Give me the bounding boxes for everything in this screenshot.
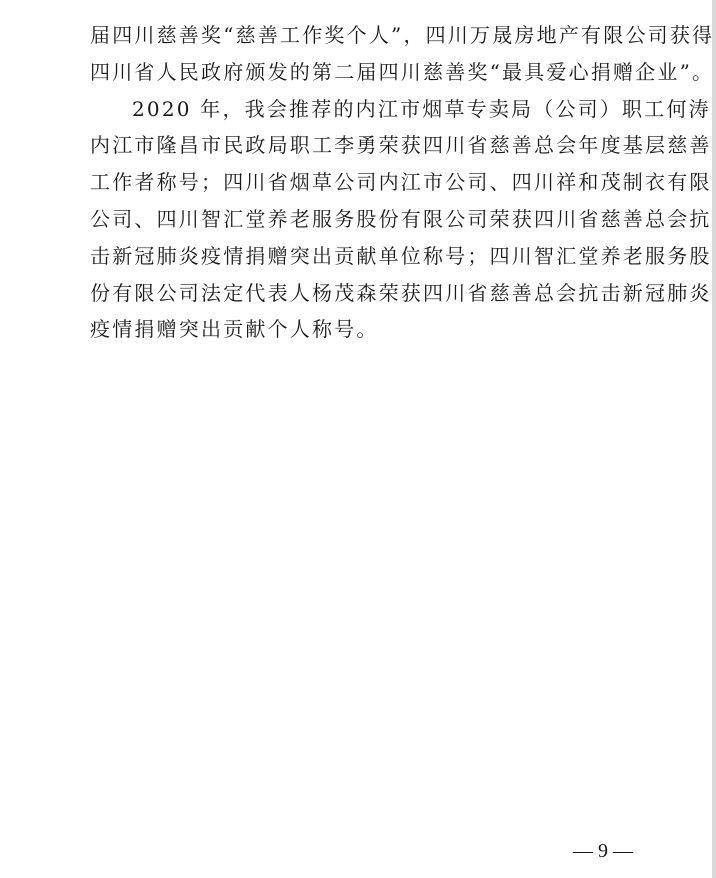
paragraph-2: 2020 年，我会推荐的内江市烟草专卖局（公司）职工何涛、 内江市隆昌市民政局职… bbox=[90, 91, 635, 349]
text-line: 工作者称号；四川省烟草公司内江市公司、四川祥和茂制衣有限 bbox=[90, 164, 635, 201]
text-line: 2020 年，我会推荐的内江市烟草专卖局（公司）职工何涛、 bbox=[90, 91, 635, 128]
body-text: 届四川慈善奖“慈善工作奖个人”，四川万晟房地产有限公司获得 四川省人民政府颁发的… bbox=[90, 17, 635, 348]
paragraph-1: 届四川慈善奖“慈善工作奖个人”，四川万晟房地产有限公司获得 四川省人民政府颁发的… bbox=[90, 17, 635, 91]
text-line: 份有限公司法定代表人杨茂森荣获四川省慈善总会抗击新冠肺炎 bbox=[90, 275, 635, 312]
text-line: 疫情捐赠突出贡献个人称号。 bbox=[90, 311, 635, 348]
page-number: — 9 — bbox=[573, 840, 633, 863]
text-line: 公司、四川智汇堂养老服务股份有限公司荣获四川省慈善总会抗 bbox=[90, 201, 635, 238]
text-line: 四川省人民政府颁发的第二届四川慈善奖“最具爱心捐赠企业”。 bbox=[90, 54, 635, 91]
text-line: 内江市隆昌市民政局职工李勇荣获四川省慈善总会年度基层慈善 bbox=[90, 127, 635, 164]
text-line: 击新冠肺炎疫情捐赠突出贡献单位称号；四川智汇堂养老服务股 bbox=[90, 238, 635, 275]
document-page: 届四川慈善奖“慈善工作奖个人”，四川万晟房地产有限公司获得 四川省人民政府颁发的… bbox=[0, 0, 712, 878]
page-edge-divider bbox=[712, 0, 716, 878]
text-line: 届四川慈善奖“慈善工作奖个人”，四川万晟房地产有限公司获得 bbox=[90, 17, 635, 54]
